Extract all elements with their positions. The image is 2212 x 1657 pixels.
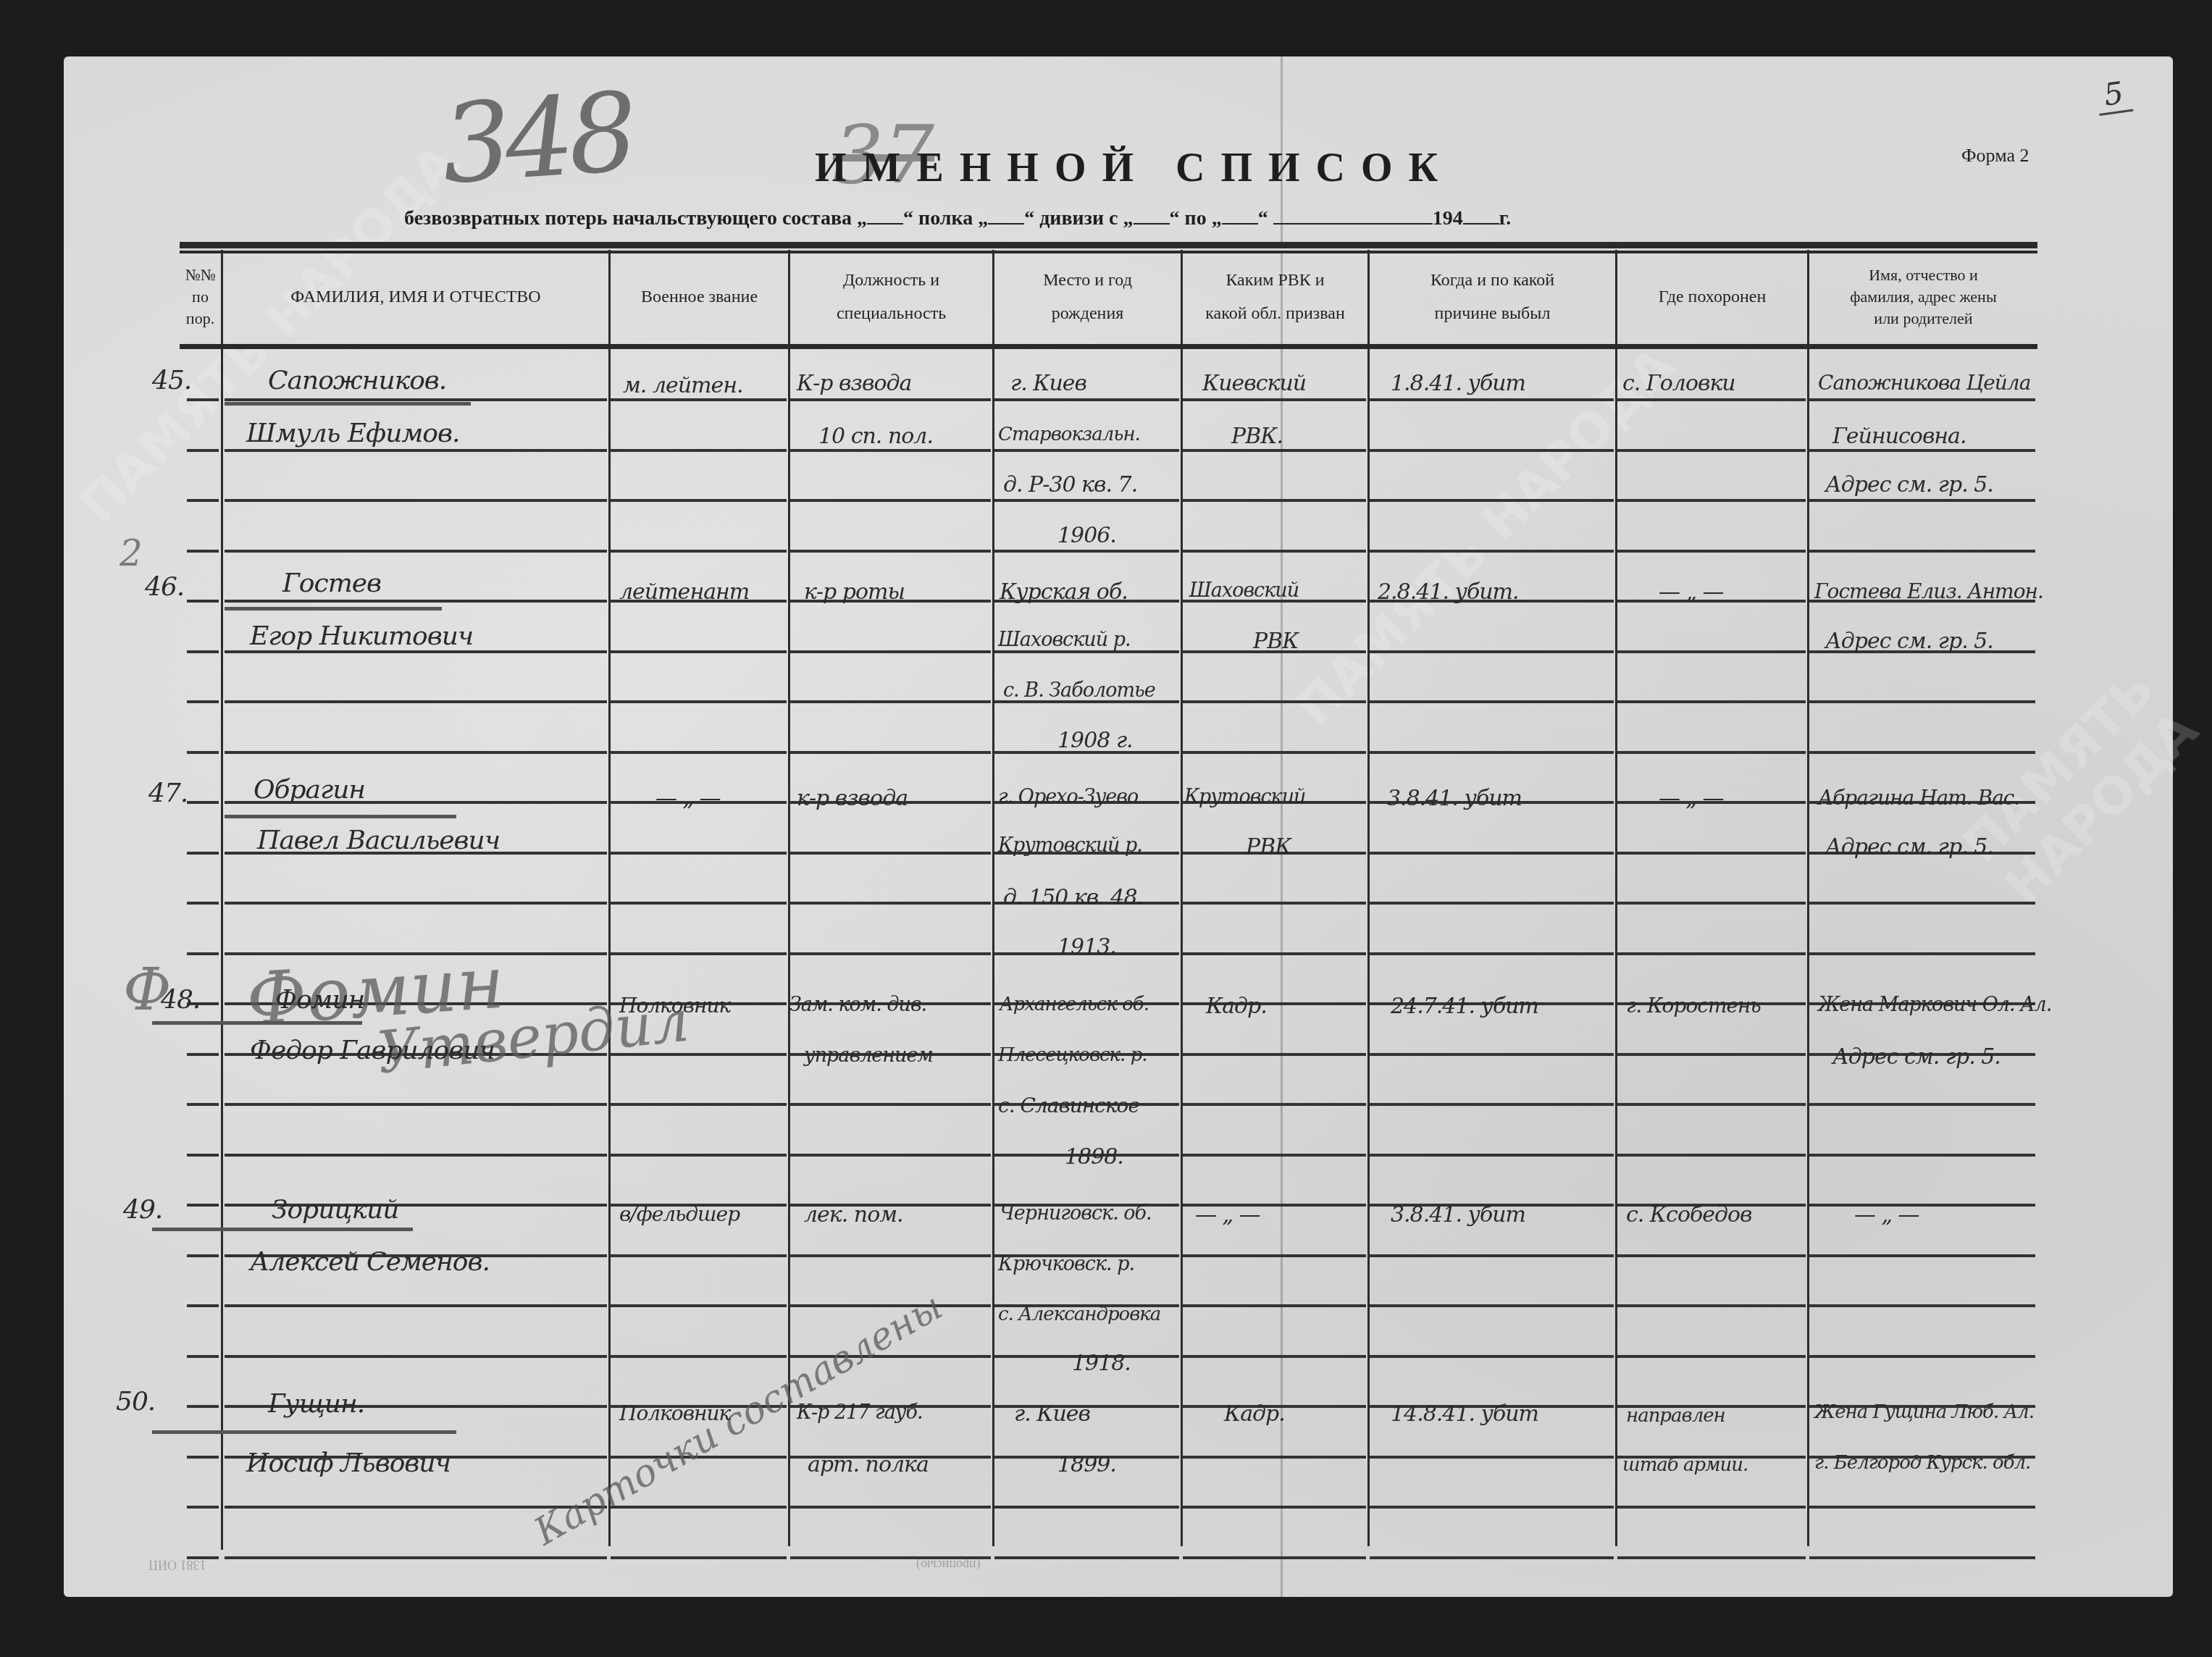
row-line bbox=[1809, 1556, 2035, 1559]
row-line bbox=[1617, 1355, 1806, 1358]
row-line bbox=[790, 1103, 991, 1106]
birth-line: 1918. bbox=[1072, 1351, 1131, 1376]
row-line bbox=[225, 1355, 607, 1358]
header-text: рождения bbox=[1052, 297, 1124, 330]
surname: Гущин. bbox=[268, 1389, 364, 1419]
header-text: Каким РВК и bbox=[1226, 264, 1324, 297]
header-birth: Место и год рождения bbox=[994, 253, 1181, 340]
birth-line: д. 150 кв. 48. bbox=[1003, 885, 1143, 910]
rank: — „ — bbox=[655, 786, 721, 811]
birth-line: 1899. bbox=[1057, 1452, 1116, 1477]
row-line bbox=[611, 499, 787, 502]
row-line bbox=[1370, 550, 1614, 553]
row-line bbox=[611, 650, 787, 653]
burial-place: — „ — bbox=[1659, 786, 1724, 811]
page-number: 5 bbox=[2095, 74, 2134, 116]
header-text: причине выбыл bbox=[1435, 297, 1551, 330]
header-text: Когда и по какой bbox=[1430, 264, 1554, 297]
row-line bbox=[1370, 1355, 1614, 1358]
row-line bbox=[1370, 1053, 1614, 1056]
row-line bbox=[1809, 751, 2035, 754]
birth-line: Шаховский р. bbox=[998, 629, 1131, 651]
row-line bbox=[1183, 700, 1366, 703]
row-line bbox=[1809, 1304, 2035, 1307]
burial-place: с. Головки bbox=[1622, 371, 1735, 396]
row-line bbox=[1183, 1154, 1366, 1157]
header-text: какой обл. призван bbox=[1205, 297, 1345, 330]
row-line bbox=[790, 1154, 991, 1157]
header-when: Когда и по какой причине выбыл bbox=[1370, 253, 1615, 340]
rvk-line: — „ — bbox=[1195, 1202, 1260, 1228]
rvk-line: РВК. bbox=[1231, 424, 1283, 449]
row-line bbox=[225, 1103, 607, 1106]
rank: в/фельдшер bbox=[619, 1202, 740, 1226]
row-number: 47. bbox=[148, 779, 188, 808]
archive-number: 348 bbox=[437, 70, 636, 209]
rank: Полковник bbox=[619, 1401, 730, 1425]
row-line bbox=[187, 852, 219, 855]
row-line bbox=[611, 1304, 787, 1307]
row-line bbox=[1809, 952, 2035, 955]
row-line bbox=[611, 852, 787, 855]
row-line bbox=[790, 952, 991, 955]
row-line bbox=[611, 1506, 787, 1509]
header-text: специальность bbox=[837, 297, 946, 330]
surname: Зорицкий bbox=[272, 1195, 398, 1225]
row-line bbox=[187, 801, 219, 804]
column-divider bbox=[221, 250, 223, 1550]
row-line bbox=[994, 499, 1179, 502]
birth-line: Плесецковск. р. bbox=[998, 1044, 1147, 1066]
birth-line: Крутовский р. bbox=[998, 834, 1142, 857]
row-line bbox=[1183, 499, 1366, 502]
birth-line: 1898. bbox=[1065, 1144, 1123, 1170]
row-line bbox=[1183, 1103, 1366, 1106]
burial-place: г. Коростень bbox=[1626, 994, 1761, 1018]
row-line bbox=[611, 1355, 787, 1358]
row-line bbox=[1370, 1154, 1614, 1157]
position-line: к-р взвода bbox=[797, 786, 908, 811]
row-line bbox=[187, 1053, 219, 1056]
row-line bbox=[790, 650, 991, 653]
row-line bbox=[225, 700, 607, 703]
row-line bbox=[187, 398, 219, 401]
relatives-line: Адрес см. гр. 5. bbox=[1825, 472, 1993, 498]
position-line: арт. полка bbox=[808, 1452, 929, 1477]
column-divider bbox=[788, 250, 790, 1546]
row-line bbox=[187, 700, 219, 703]
given-names: Федор Гаврилович bbox=[250, 1036, 495, 1065]
position-line: К-р взвода bbox=[797, 371, 911, 396]
rvk-line: Киевский bbox=[1202, 371, 1306, 396]
row-line bbox=[1617, 700, 1806, 703]
row-line bbox=[790, 852, 991, 855]
row-line bbox=[1809, 1204, 2035, 1207]
rank: м. лейтен. bbox=[623, 373, 743, 398]
when-left: 1.8.41. убит bbox=[1391, 371, 1525, 396]
subtitle-text: “ дивизи с „ bbox=[1024, 207, 1133, 230]
row-line bbox=[225, 499, 607, 502]
row-line bbox=[1183, 1355, 1366, 1358]
document-title: ИМЕННОЙ СПИСОК bbox=[815, 145, 1454, 191]
column-divider bbox=[1615, 250, 1617, 1546]
surname: Сапожников. bbox=[268, 366, 446, 395]
row-line bbox=[1370, 398, 1614, 401]
birth-line: Крючковск. р. bbox=[998, 1253, 1134, 1275]
relatives-line: Гостева Елиз. Антон. bbox=[1814, 579, 2043, 603]
row-line bbox=[1370, 499, 1614, 502]
surname-underline bbox=[225, 607, 442, 611]
row-line bbox=[187, 1103, 219, 1106]
row-number: 50. bbox=[116, 1387, 155, 1417]
birth-line: 1908 г. bbox=[1057, 728, 1133, 753]
row-line bbox=[790, 499, 991, 502]
header-relatives: Имя, отчество и фамилия, адрес жены или … bbox=[1809, 253, 2037, 340]
header-text: Имя, отчество и bbox=[1869, 264, 1978, 286]
header-text: Место и год bbox=[1043, 264, 1132, 297]
row-line bbox=[1183, 449, 1366, 452]
surname-underline bbox=[152, 1021, 362, 1025]
relatives-line: Адрес см. гр. 5. bbox=[1832, 1044, 2001, 1070]
given-names: Егор Никитович bbox=[250, 621, 473, 651]
row-line bbox=[1370, 751, 1614, 754]
relatives-line: Жена Гущина Люб. Ал. bbox=[1814, 1401, 2034, 1423]
row-number: 48. bbox=[161, 985, 200, 1015]
burial-place: с. Ксобедов bbox=[1626, 1202, 1752, 1228]
pencil-mark: 2 bbox=[120, 532, 143, 574]
table-header-rule bbox=[180, 344, 2037, 349]
row-line bbox=[1617, 1304, 1806, 1307]
row-line bbox=[1370, 650, 1614, 653]
column-divider bbox=[608, 250, 611, 1546]
row-line bbox=[790, 902, 991, 905]
given-names: Алексей Семенов. bbox=[250, 1247, 490, 1277]
row-line bbox=[187, 650, 219, 653]
row-line bbox=[611, 398, 787, 401]
header-text: №№ bbox=[185, 264, 216, 286]
row-line bbox=[994, 449, 1179, 452]
when-left: 14.8.41. убит bbox=[1391, 1401, 1538, 1427]
row-line bbox=[611, 751, 787, 754]
surname-underline bbox=[225, 402, 471, 406]
row-line bbox=[1617, 1053, 1806, 1056]
row-line bbox=[1370, 1103, 1614, 1106]
form-label: Форма 2 bbox=[1961, 145, 2029, 167]
row-line bbox=[187, 1456, 219, 1459]
row-line bbox=[1617, 852, 1806, 855]
row-line bbox=[1183, 398, 1366, 401]
row-line bbox=[790, 550, 991, 553]
relatives-line: Адрес см. гр. 5. bbox=[1825, 834, 1993, 860]
row-line bbox=[187, 902, 219, 905]
division-blank bbox=[988, 210, 1024, 225]
relatives-line: — „ — bbox=[1854, 1202, 1919, 1228]
header-rank: Военное звание bbox=[611, 253, 788, 340]
footer-stamp: (прописью) bbox=[916, 1557, 981, 1572]
surname: Фомин bbox=[275, 985, 364, 1015]
row-line bbox=[1370, 852, 1614, 855]
row-number: 45. bbox=[152, 366, 191, 395]
row-line bbox=[611, 1103, 787, 1106]
relatives-line: Абрагина Нат. Вас. bbox=[1818, 786, 2019, 810]
from-date-blank bbox=[1134, 210, 1170, 225]
row-line bbox=[1370, 1456, 1614, 1459]
row-line bbox=[1809, 1254, 2035, 1257]
row-line bbox=[1617, 1103, 1806, 1106]
row-line bbox=[611, 1556, 787, 1559]
birth-line: Старвокзальн. bbox=[998, 424, 1140, 445]
column-divider bbox=[1367, 250, 1370, 1546]
row-line bbox=[1617, 952, 1806, 955]
table-top-rule bbox=[180, 242, 2037, 251]
row-line bbox=[187, 751, 219, 754]
subtitle-text: “ по „ bbox=[1170, 207, 1222, 230]
row-line bbox=[1183, 1254, 1366, 1257]
birth-line: г. Киев bbox=[1014, 1401, 1090, 1427]
row-line bbox=[994, 398, 1179, 401]
birth-line: г. Киев bbox=[1010, 371, 1086, 396]
row-line bbox=[611, 449, 787, 452]
burial-line: направлен bbox=[1626, 1405, 1725, 1427]
row-line bbox=[611, 550, 787, 553]
rvk-line: РВК bbox=[1246, 834, 1291, 860]
row-line bbox=[1183, 550, 1366, 553]
row-line bbox=[1370, 1254, 1614, 1257]
row-line bbox=[187, 1405, 219, 1408]
row-line bbox=[187, 1355, 219, 1358]
surname-underline bbox=[152, 1228, 413, 1231]
row-line bbox=[1183, 952, 1366, 955]
row-line bbox=[1370, 952, 1614, 955]
row-line bbox=[187, 1506, 219, 1509]
rvk-line: Шаховский bbox=[1189, 579, 1299, 602]
row-line bbox=[225, 550, 607, 553]
when-left: 3.8.41. убит bbox=[1387, 786, 1522, 811]
row-line bbox=[1809, 398, 2035, 401]
relatives-line: Адрес см. гр. 5. bbox=[1825, 629, 1993, 654]
row-line bbox=[790, 449, 991, 452]
row-line bbox=[225, 1556, 607, 1559]
row-line bbox=[611, 700, 787, 703]
birth-line: г. Орехо-Зуево bbox=[998, 786, 1138, 808]
footer-stamp: 1381 ОИП bbox=[148, 1557, 206, 1572]
row-number: 49. bbox=[123, 1195, 162, 1225]
given-names: Шмуль Ефимов. bbox=[246, 419, 459, 448]
header-position: Должность и специальность bbox=[790, 253, 992, 340]
rvk-line: Крутовский bbox=[1184, 786, 1305, 808]
row-line bbox=[187, 550, 219, 553]
row-line bbox=[611, 902, 787, 905]
row-line bbox=[187, 1154, 219, 1157]
row-line bbox=[790, 751, 991, 754]
position-line: лек. пом. bbox=[804, 1202, 903, 1228]
relatives-line: Сапожникова Цейла bbox=[1818, 371, 2030, 395]
year-blank bbox=[1463, 210, 1499, 225]
when-left: 2.8.41. убит. bbox=[1378, 579, 1519, 605]
row-line bbox=[1370, 449, 1614, 452]
row-line bbox=[1370, 1506, 1614, 1509]
row-line bbox=[1809, 1355, 2035, 1358]
header-text: ФАМИЛИЯ, ИМЯ И ОТЧЕСТВО bbox=[290, 280, 540, 314]
row-line bbox=[187, 1204, 219, 1207]
row-line bbox=[1617, 449, 1806, 452]
header-text: по bbox=[192, 286, 209, 308]
regiment-blank bbox=[867, 210, 903, 225]
row-line bbox=[1183, 1053, 1366, 1056]
header-text: Военное звание bbox=[641, 280, 758, 314]
row-line bbox=[187, 952, 219, 955]
to-month-blank bbox=[1273, 210, 1433, 225]
column-divider bbox=[992, 250, 994, 1546]
relatives-line: Жена Маркович Ол. Ал. bbox=[1818, 994, 2051, 1016]
row-line bbox=[1809, 499, 2035, 502]
row-line bbox=[1617, 1506, 1806, 1509]
position-line: управлением bbox=[804, 1044, 933, 1067]
row-line bbox=[1809, 700, 2035, 703]
burial-place: — „ — bbox=[1659, 579, 1724, 605]
row-line bbox=[225, 449, 607, 452]
subtitle-text: 194 bbox=[1433, 207, 1463, 230]
surname: Гостев bbox=[282, 569, 381, 598]
surname-underline bbox=[225, 815, 456, 818]
row-line bbox=[1617, 398, 1806, 401]
row-line bbox=[1809, 1506, 2035, 1509]
row-line bbox=[611, 1154, 787, 1157]
row-line bbox=[1183, 902, 1366, 905]
column-divider bbox=[1181, 250, 1183, 1546]
row-line bbox=[790, 398, 991, 401]
birth-line: с. Славинское bbox=[998, 1094, 1139, 1117]
row-line bbox=[790, 1254, 991, 1257]
column-divider bbox=[1807, 250, 1809, 1546]
header-num: №№ по пор. bbox=[180, 253, 221, 340]
subtitle-text: “ bbox=[1258, 207, 1268, 230]
header-name: ФАМИЛИЯ, ИМЯ И ОТЧЕСТВО bbox=[223, 253, 608, 340]
row-line bbox=[187, 1254, 219, 1257]
row-line bbox=[1183, 1456, 1366, 1459]
row-line bbox=[790, 700, 991, 703]
rank: лейтенант bbox=[619, 579, 749, 605]
rvk-line: Кадр. bbox=[1206, 994, 1267, 1019]
row-line bbox=[994, 1506, 1179, 1509]
row-line bbox=[994, 1556, 1179, 1559]
row-line bbox=[1183, 1506, 1366, 1509]
document-subtitle: безвозвратных потерь начальствующего сос… bbox=[404, 207, 1511, 230]
position-line: Зам. ком. див. bbox=[789, 994, 926, 1016]
header-buried: Где похоронен bbox=[1617, 253, 1807, 340]
birth-line: Курская об. bbox=[1000, 579, 1128, 605]
rvk-line: РВК bbox=[1253, 629, 1298, 654]
row-line bbox=[225, 1304, 607, 1307]
row-line bbox=[1183, 751, 1366, 754]
row-line bbox=[225, 600, 607, 603]
relatives-line: Гейнисовна. bbox=[1832, 424, 1966, 449]
header-text: Должность и bbox=[843, 264, 939, 297]
row-line bbox=[1370, 1304, 1614, 1307]
row-line bbox=[225, 398, 607, 401]
position-line: к-р роты bbox=[804, 579, 905, 605]
row-line bbox=[1809, 1103, 2035, 1106]
row-line bbox=[1617, 550, 1806, 553]
row-line bbox=[187, 449, 219, 452]
when-left: 24.7.41. убит bbox=[1391, 994, 1538, 1019]
birth-line: Архангельск об. bbox=[1000, 994, 1149, 1015]
birth-line: с. В. Заболотье bbox=[1003, 679, 1155, 702]
row-line bbox=[1809, 902, 2035, 905]
when-left: 3.8.41. убит bbox=[1391, 1202, 1525, 1228]
burial-line: штаб армии. bbox=[1622, 1454, 1748, 1476]
row-line bbox=[1617, 499, 1806, 502]
row-line bbox=[225, 902, 607, 905]
row-line bbox=[1183, 1556, 1366, 1559]
subtitle-text: безвозвратных потерь начальствующего сос… bbox=[404, 207, 867, 230]
row-line bbox=[1809, 1154, 2035, 1157]
header-text: фамилия, адрес жены bbox=[1850, 286, 1996, 308]
header-text: или родителей bbox=[1874, 308, 1972, 330]
row-line bbox=[1617, 1254, 1806, 1257]
row-line bbox=[1809, 550, 2035, 553]
relatives-line: г. Белгород Курск. обл. bbox=[1814, 1452, 2030, 1474]
row-line bbox=[611, 1254, 787, 1257]
birth-line: 1913. bbox=[1057, 934, 1116, 960]
subtitle-text: г. bbox=[1499, 207, 1512, 230]
row-line bbox=[994, 550, 1179, 553]
position-line: 10 сп. пол. bbox=[818, 424, 933, 449]
row-line bbox=[1617, 902, 1806, 905]
surname: Обрагин bbox=[254, 775, 365, 805]
row-line bbox=[1370, 700, 1614, 703]
position-line: К-р 217 гауб. bbox=[797, 1401, 922, 1424]
row-line bbox=[611, 952, 787, 955]
row-line bbox=[187, 600, 219, 603]
row-line bbox=[1183, 1304, 1366, 1307]
row-line bbox=[1809, 449, 2035, 452]
row-line bbox=[1617, 650, 1806, 653]
rank: Полковник bbox=[619, 994, 730, 1018]
row-line bbox=[1617, 1556, 1806, 1559]
header-rvk: Каким РВК и какой обл. призван bbox=[1183, 253, 1367, 340]
birth-line: д. Р-30 кв. 7. bbox=[1003, 472, 1137, 498]
subtitle-text: “ полка „ bbox=[903, 207, 988, 230]
given-names: Иосиф Львович bbox=[246, 1448, 451, 1478]
row-line bbox=[790, 1506, 991, 1509]
row-line bbox=[1370, 902, 1614, 905]
surname-underline bbox=[152, 1430, 456, 1434]
header-text: Где похоронен bbox=[1659, 280, 1767, 314]
birth-line: Черниговск. об. bbox=[1000, 1202, 1152, 1225]
row-line bbox=[1370, 1556, 1614, 1559]
to-day-blank bbox=[1222, 210, 1258, 225]
row-line bbox=[187, 499, 219, 502]
row-line bbox=[187, 1304, 219, 1307]
row-line bbox=[225, 1154, 607, 1157]
row-line bbox=[225, 751, 607, 754]
header-text: пор. bbox=[186, 308, 214, 330]
birth-line: 1906. bbox=[1057, 523, 1116, 548]
row-line bbox=[1617, 1154, 1806, 1157]
row-number: 46. bbox=[145, 572, 184, 602]
rvk-line: Кадр. bbox=[1224, 1401, 1285, 1427]
row-line bbox=[1617, 751, 1806, 754]
given-names: Павел Васильевич bbox=[257, 826, 500, 855]
birth-line: с. Александровка bbox=[998, 1304, 1160, 1325]
